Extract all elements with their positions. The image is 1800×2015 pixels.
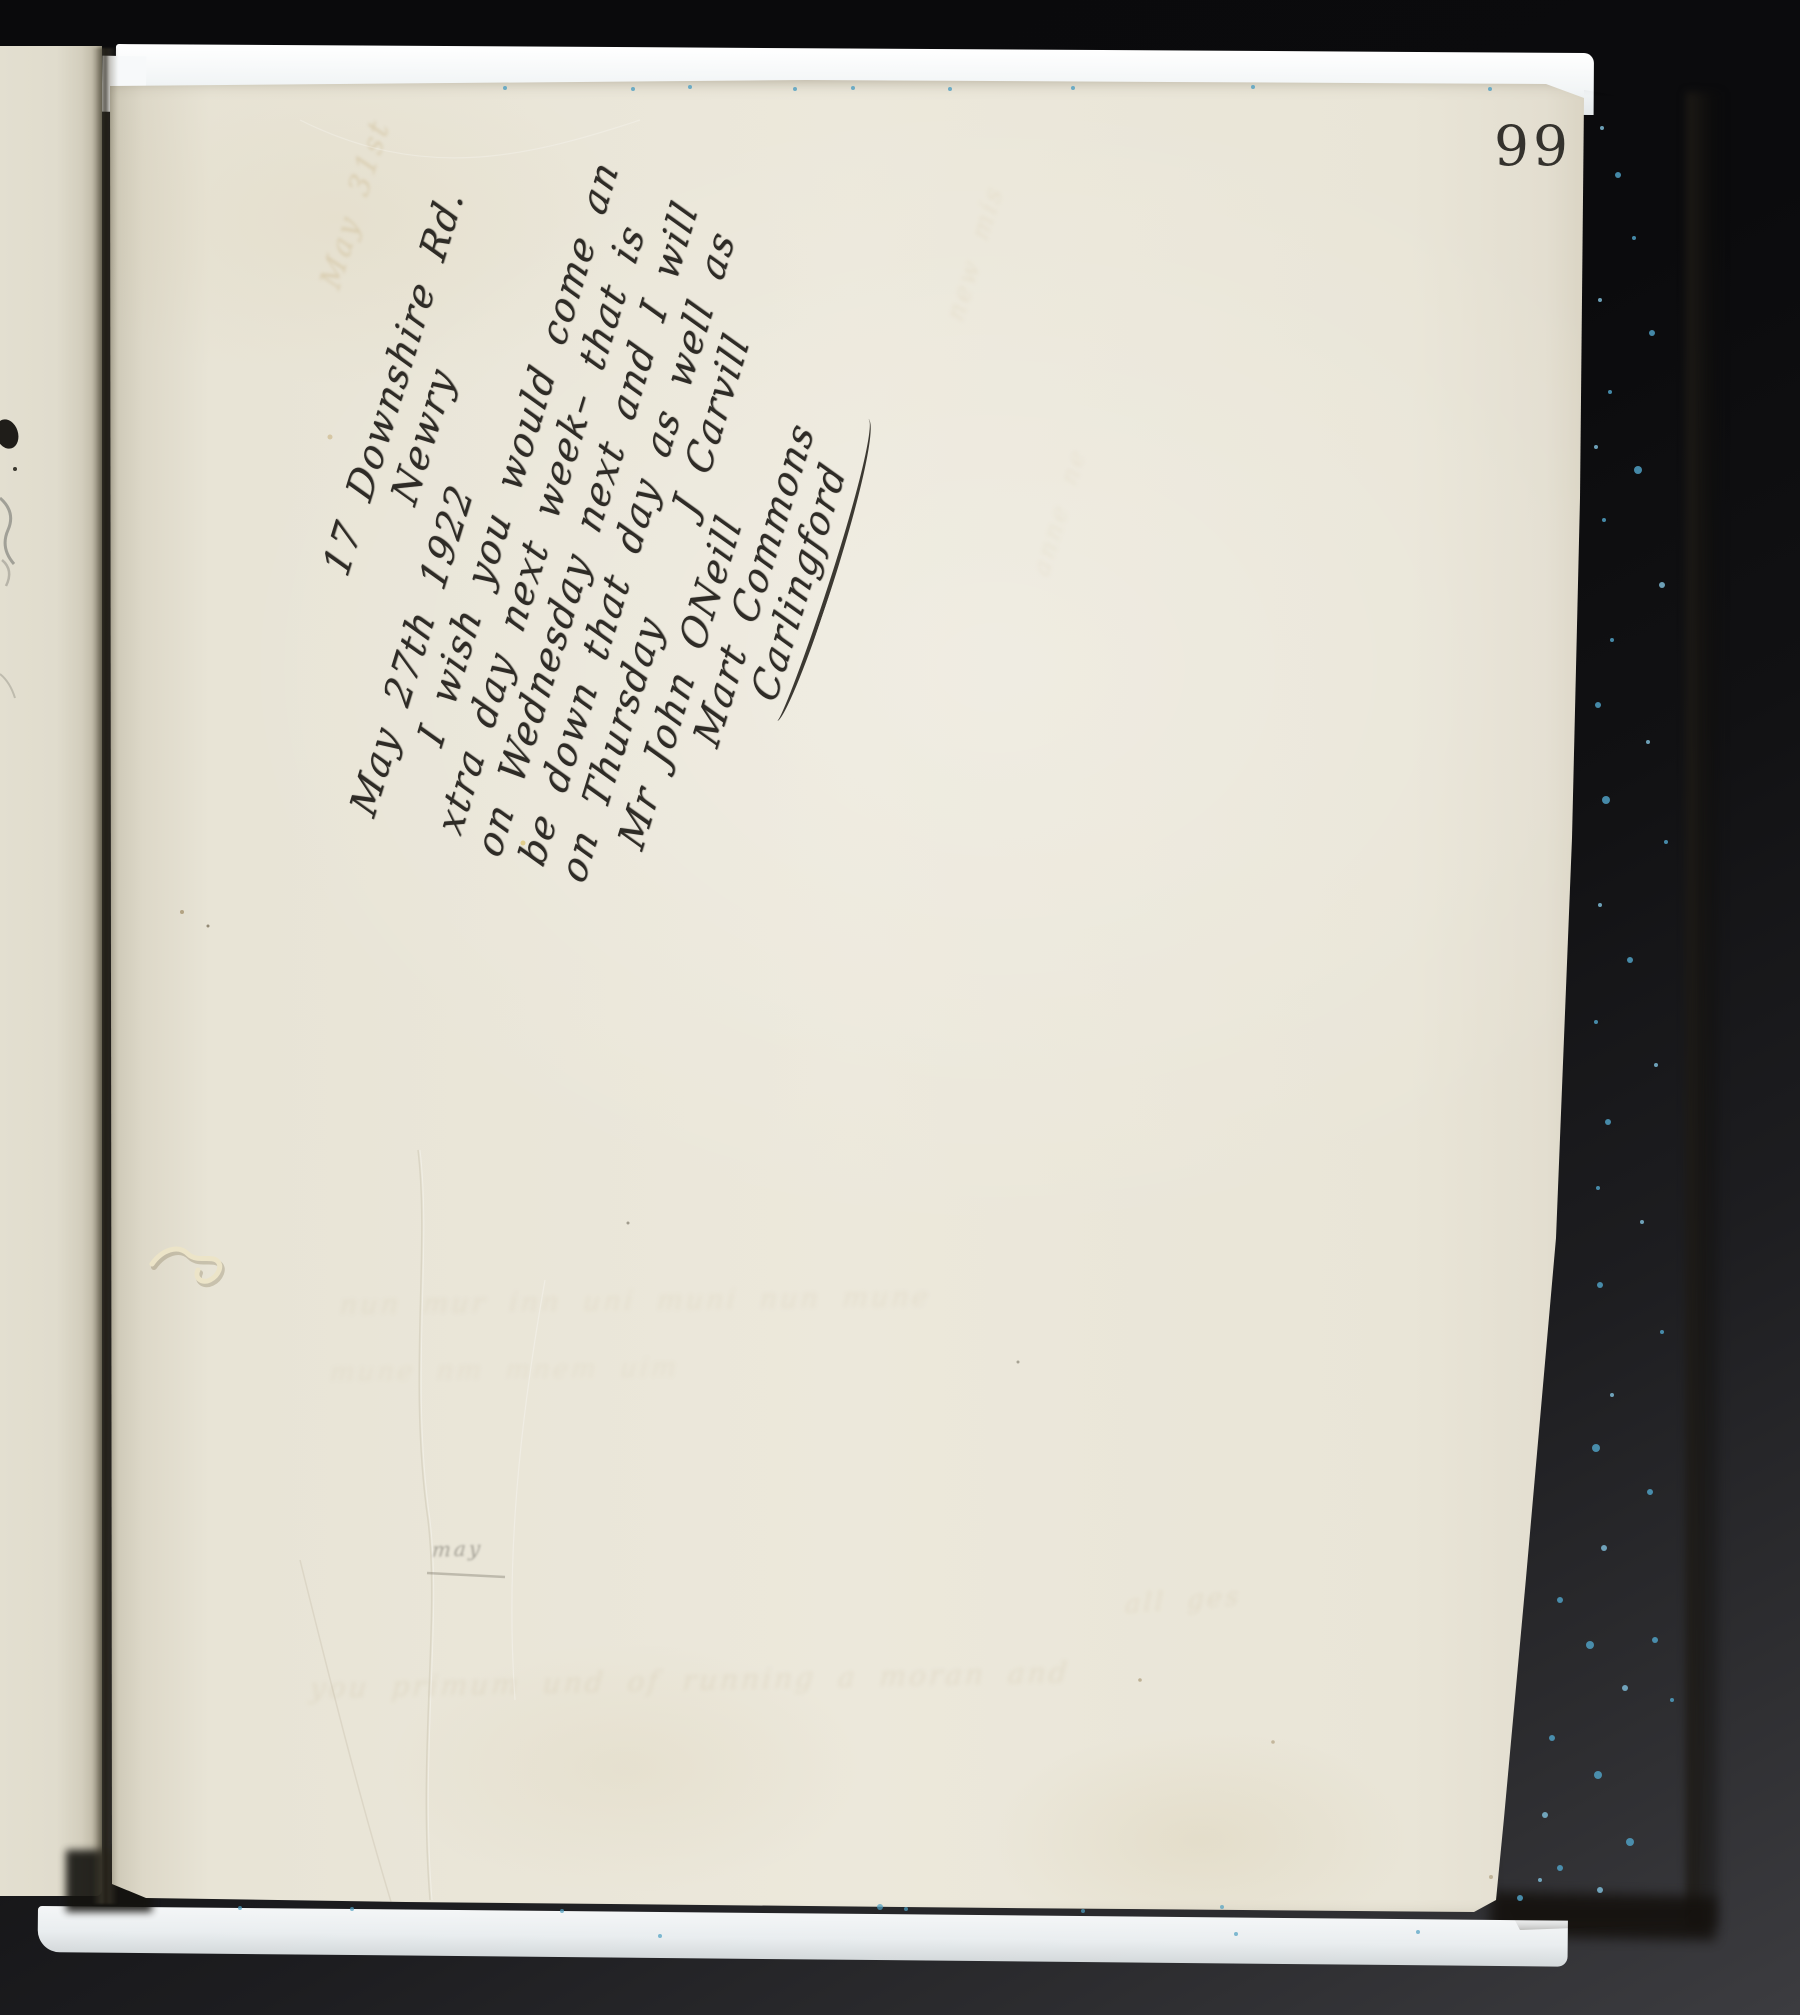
notebook-page: 99 May 31stnew misanne nenun mur inn uni… bbox=[106, 78, 1590, 1920]
backing-sheet-bottom bbox=[38, 1906, 1568, 1967]
show-through-text: new mis bbox=[941, 180, 1010, 326]
previous-page-edge bbox=[0, 46, 102, 1896]
show-through-text: you primum und of running a moran and bbox=[309, 1656, 1072, 1705]
show-through-text: may bbox=[431, 1536, 484, 1562]
show-through-text: all ges bbox=[1124, 1582, 1242, 1620]
show-through-text: mune nm mnem uim bbox=[329, 1353, 681, 1388]
show-through-text: anne ne bbox=[1027, 443, 1092, 580]
gutter-shadow bbox=[92, 48, 118, 1904]
show-through-text: nun mur inn uni muni nun mune bbox=[339, 1282, 933, 1321]
page-number: 99 bbox=[1494, 114, 1572, 178]
previous-page-ink-marks bbox=[0, 46, 102, 1896]
show-through-text: May 31st bbox=[314, 114, 397, 295]
book-scan: 99 May 31stnew misanne nenun mur inn uni… bbox=[0, 0, 1800, 2015]
